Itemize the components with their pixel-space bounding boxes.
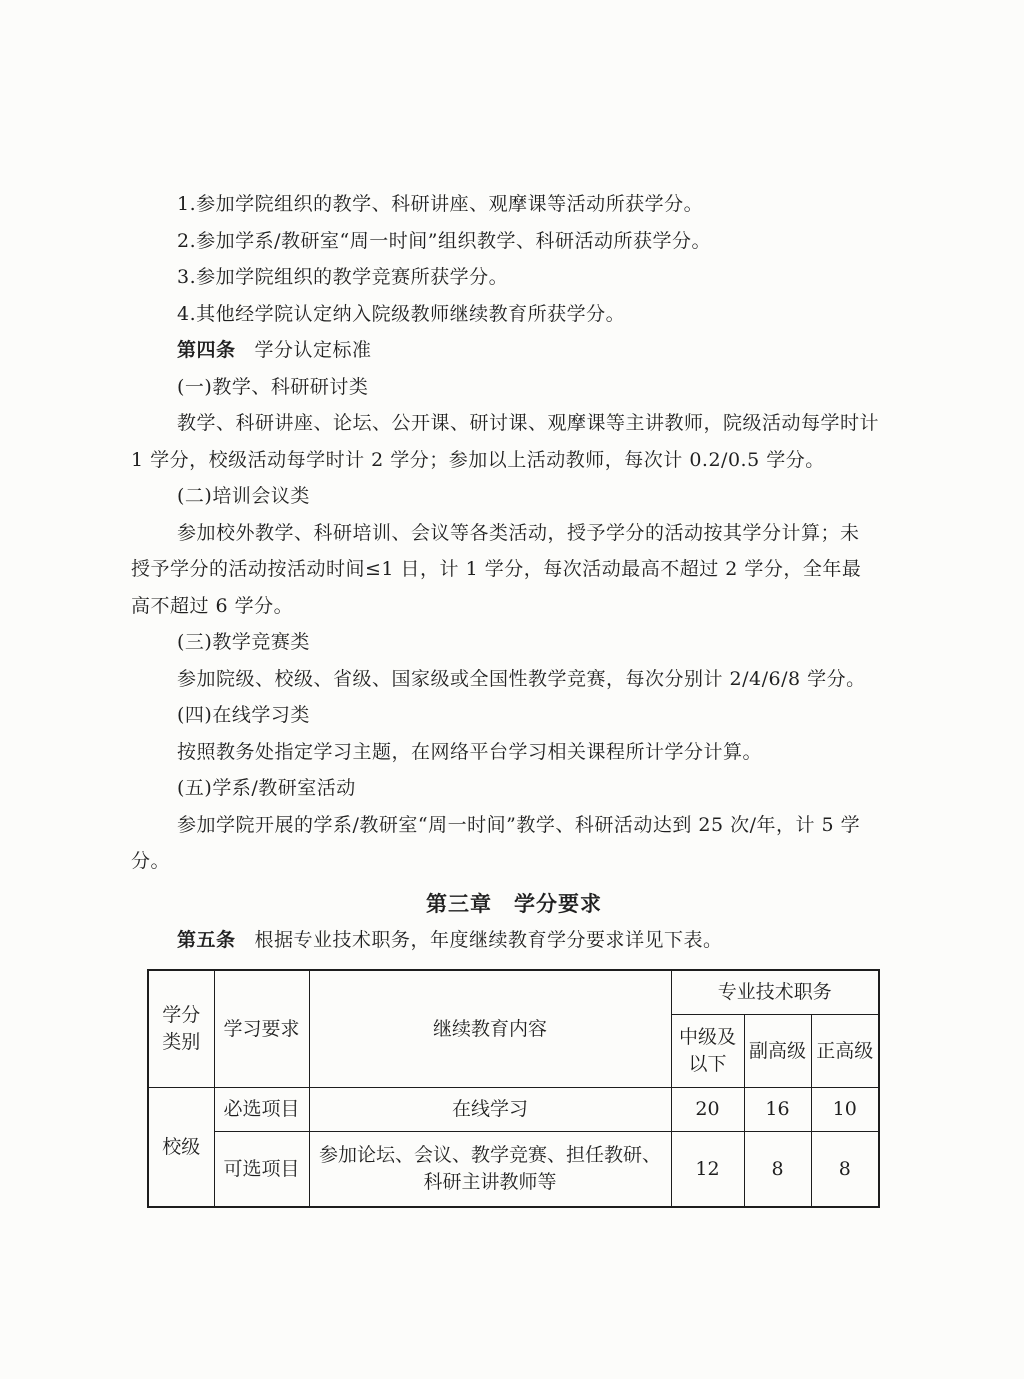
header-professional-title-group: 专业技术职务 — [671, 970, 879, 1015]
header-education-content: 继续教育内容 — [309, 970, 671, 1088]
cell-requirement-optional: 可选项目 — [214, 1132, 309, 1208]
article-4-title: 学分认定标准 — [255, 339, 372, 361]
header-level-intermediate: 中级及 以下 — [671, 1015, 744, 1088]
cell-category-school-level: 校级 — [148, 1088, 214, 1208]
paragraph-line: 参加校外教学、科研培训、会议等各类活动，授予学分的活动按其学分计算；未 — [131, 515, 897, 552]
header-level-full-senior: 正高级 — [811, 1015, 879, 1088]
paragraph-line: 参加学院开展的学系/教研室“周一时间”教学、科研活动达到 25 次/年，计 5 … — [131, 807, 897, 844]
cell-value: 12 — [671, 1132, 744, 1208]
cell-value: 8 — [744, 1132, 811, 1208]
section-5-heading: (五)学系/教研室活动 — [131, 770, 897, 807]
section-1-heading: (一)教学、科研研讨类 — [131, 369, 897, 406]
section-3-heading: (三)教学竞赛类 — [131, 624, 897, 661]
cell-value: 8 — [811, 1132, 879, 1208]
table-row: 校级 必选项目 在线学习 20 16 10 — [148, 1088, 879, 1132]
cell-value: 20 — [671, 1088, 744, 1132]
credit-requirements-table: 学分 类别 学习要求 继续教育内容 专业技术职务 中级及 以下 副高级 正高级 … — [147, 969, 880, 1208]
section-4-heading: (四)在线学习类 — [131, 697, 897, 734]
paragraph-line: 分。 — [131, 843, 897, 880]
numbered-item-1: 1.参加学院组织的教学、科研讲座、观摩课等活动所获学分。 — [131, 186, 897, 223]
cell-content-online-learning: 在线学习 — [309, 1088, 671, 1132]
paragraph-line: 授予学分的活动按活动时间≤1 日，计 1 学分，每次活动最高不超过 2 学分，全… — [131, 551, 897, 588]
document-content: 1.参加学院组织的教学、科研讲座、观摩课等活动所获学分。 2.参加学系/教研室“… — [131, 186, 897, 1208]
paragraph-line: 按照教务处指定学习主题，在网络平台学习相关课程所计学分计算。 — [131, 734, 897, 771]
cell-content-optional-activities: 参加论坛、会议、教学竞赛、担任教研、科研主讲教师等 — [309, 1132, 671, 1208]
article-5-intro: 第五条根据专业技术职务，年度继续教育学分要求详见下表。 — [131, 922, 897, 959]
cell-requirement-mandatory: 必选项目 — [214, 1088, 309, 1132]
header-credit-category: 学分 类别 — [148, 970, 214, 1088]
cell-value: 16 — [744, 1088, 811, 1132]
numbered-item-3: 3.参加学院组织的教学竞赛所获学分。 — [131, 259, 897, 296]
header-level-associate-senior: 副高级 — [744, 1015, 811, 1088]
chapter-3-heading: 第三章 学分要求 — [131, 886, 897, 922]
article-4-label: 第四条 — [177, 339, 236, 361]
table-row: 可选项目 参加论坛、会议、教学竞赛、担任教研、科研主讲教师等 12 8 8 — [148, 1132, 879, 1208]
numbered-item-4: 4.其他经学院认定纳入院级教师继续教育所获学分。 — [131, 296, 897, 333]
document-page: 1.参加学院组织的教学、科研讲座、观摩课等活动所获学分。 2.参加学系/教研室“… — [0, 0, 1024, 1379]
numbered-item-2: 2.参加学系/教研室“周一时间”组织教学、科研活动所获学分。 — [131, 223, 897, 260]
paragraph-line: 高不超过 6 学分。 — [131, 588, 897, 625]
article-5-label: 第五条 — [177, 929, 236, 951]
paragraph-line: 教学、科研讲座、论坛、公开课、研讨课、观摩课等主讲教师，院级活动每学时计 — [131, 405, 897, 442]
article-5-text: 根据专业技术职务，年度继续教育学分要求详见下表。 — [255, 929, 723, 951]
cell-value: 10 — [811, 1088, 879, 1132]
paragraph-line: 1 学分，校级活动每学时计 2 学分；参加以上活动教师，每次计 0.2/0.5 … — [131, 442, 897, 479]
article-4-heading: 第四条学分认定标准 — [131, 332, 897, 369]
section-2-heading: (二)培训会议类 — [131, 478, 897, 515]
paragraph-line: 参加院级、校级、省级、国家级或全国性教学竞赛，每次分别计 2/4/6/8 学分。 — [131, 661, 897, 698]
header-learning-requirement: 学习要求 — [214, 970, 309, 1088]
